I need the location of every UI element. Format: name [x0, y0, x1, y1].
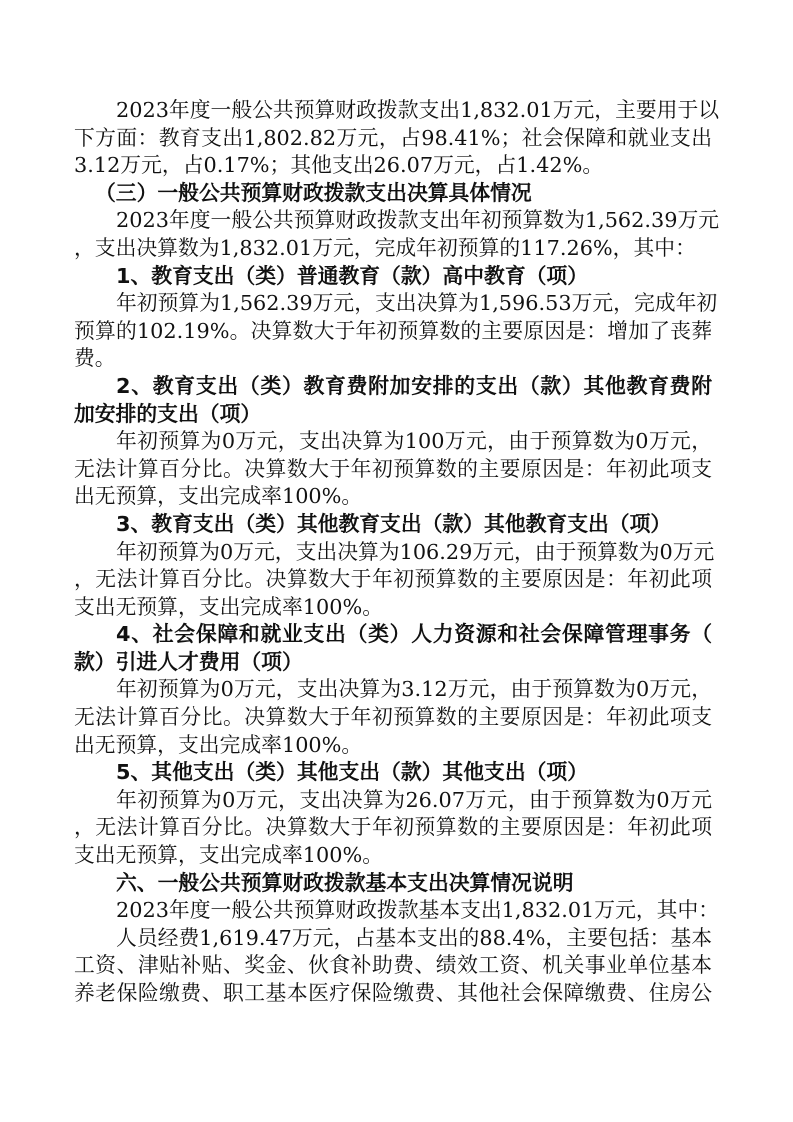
- item-heading-4: 4、社会保障和就业支出（类）人力资源和社会保障管理事务（ 款）引进人才费用（项）: [74, 621, 712, 676]
- text-line: 下方面：教育支出1,802.82万元，占98.41%；社会保障和就业支出: [74, 125, 712, 153]
- text-line: 养老保险缴费、职工基本医疗保险缴费、其他社会保障缴费、住房公: [74, 980, 712, 1008]
- text-line: 年初预算为0万元，支出决算为106.29万元，由于预算数为0万元: [74, 539, 712, 567]
- text-line: 3.12万元，占0.17%；其他支出26.07万元，占1.42%。: [74, 152, 712, 180]
- paragraph-basic-expenditure: 2023年度一般公共预算财政拨款基本支出1,832.01万元，其中：: [74, 897, 712, 925]
- text-line: 出无预算，支出完成率100%。: [74, 483, 712, 511]
- text-line: 工资、津贴补贴、奖金、伙食补助费、绩效工资、机关事业单位基本: [74, 952, 712, 980]
- paragraph-item-3: 年初预算为0万元，支出决算为106.29万元，由于预算数为0万元 ，无法计算百分…: [74, 539, 712, 622]
- item-heading-1: 1、教育支出（类）普通教育（款）高中教育（项）: [74, 263, 712, 291]
- paragraph-item-1: 年初预算为1,562.39万元，支出决算为1,596.53万元，完成年初 预算的…: [74, 290, 712, 373]
- text-line: ，支出决算数为1,832.01万元，完成年初预算的117.26%，其中：: [74, 235, 712, 263]
- text-line: 支出无预算，支出完成率100%。: [74, 594, 712, 622]
- text-line: 2023年度一般公共预算财政拨款支出1,832.01万元，主要用于以: [74, 97, 712, 125]
- text-line: 年初预算为0万元，支出决算为26.07万元，由于预算数为0万元: [74, 787, 712, 815]
- section-heading-3: （三）一般公共预算财政拨款支出决算具体情况: [74, 180, 712, 208]
- heading-line: 3、教育支出（类）其他教育支出（款）其他教育支出（项）: [74, 511, 712, 539]
- heading-line: 2、教育支出（类）教育费附加安排的支出（款）其他教育费附: [74, 373, 712, 401]
- text-line: 2023年度一般公共预算财政拨款支出年初预算数为1,562.39万元: [74, 207, 712, 235]
- heading-line: 加安排的支出（项）: [74, 401, 712, 429]
- text-line: 支出无预算，支出完成率100%。: [74, 842, 712, 870]
- heading-line: 六、一般公共预算财政拨款基本支出决算情况说明: [74, 870, 712, 898]
- text-line: 预算的102.19%。决算数大于年初预算数的主要原因是：增加了丧葬: [74, 318, 712, 346]
- paragraph-item-4: 年初预算为0万元，支出决算为3.12万元，由于预算数为0万元， 无法计算百分比。…: [74, 676, 712, 759]
- paragraph-budget-overview: 2023年度一般公共预算财政拨款支出年初预算数为1,562.39万元 ，支出决算…: [74, 207, 712, 262]
- paragraph-expenditure-summary: 2023年度一般公共预算财政拨款支出1,832.01万元，主要用于以 下方面：教…: [74, 97, 712, 180]
- item-heading-5: 5、其他支出（类）其他支出（款）其他支出（项）: [74, 759, 712, 787]
- heading-line: （三）一般公共预算财政拨款支出决算具体情况: [74, 180, 712, 208]
- text-line: 年初预算为0万元，支出决算为100万元，由于预算数为0万元，: [74, 428, 712, 456]
- heading-line: 5、其他支出（类）其他支出（款）其他支出（项）: [74, 759, 712, 787]
- text-line: ，无法计算百分比。决算数大于年初预算数的主要原因是：年初此项: [74, 566, 712, 594]
- text-line: 2023年度一般公共预算财政拨款基本支出1,832.01万元，其中：: [74, 897, 712, 925]
- document-page: 2023年度一般公共预算财政拨款支出1,832.01万元，主要用于以 下方面：教…: [74, 97, 712, 1008]
- paragraph-item-2: 年初预算为0万元，支出决算为100万元，由于预算数为0万元， 无法计算百分比。决…: [74, 428, 712, 511]
- item-heading-3: 3、教育支出（类）其他教育支出（款）其他教育支出（项）: [74, 511, 712, 539]
- text-line: 无法计算百分比。决算数大于年初预算数的主要原因是：年初此项支: [74, 704, 712, 732]
- section-heading-6: 六、一般公共预算财政拨款基本支出决算情况说明: [74, 870, 712, 898]
- text-line: 无法计算百分比。决算数大于年初预算数的主要原因是：年初此项支: [74, 456, 712, 484]
- paragraph-item-5: 年初预算为0万元，支出决算为26.07万元，由于预算数为0万元 ，无法计算百分比…: [74, 787, 712, 870]
- item-heading-2: 2、教育支出（类）教育费附加安排的支出（款）其他教育费附 加安排的支出（项）: [74, 373, 712, 428]
- text-line: 费。: [74, 345, 712, 373]
- text-line: 年初预算为1,562.39万元，支出决算为1,596.53万元，完成年初: [74, 290, 712, 318]
- text-line: 年初预算为0万元，支出决算为3.12万元，由于预算数为0万元，: [74, 676, 712, 704]
- heading-line: 4、社会保障和就业支出（类）人力资源和社会保障管理事务（: [74, 621, 712, 649]
- text-line: ，无法计算百分比。决算数大于年初预算数的主要原因是：年初此项: [74, 814, 712, 842]
- heading-line: 款）引进人才费用（项）: [74, 649, 712, 677]
- text-line: 人员经费1,619.47万元，占基本支出的88.4%，主要包括：基本: [74, 925, 712, 953]
- heading-line: 1、教育支出（类）普通教育（款）高中教育（项）: [74, 263, 712, 291]
- paragraph-personnel-expenses: 人员经费1,619.47万元，占基本支出的88.4%，主要包括：基本 工资、津贴…: [74, 925, 712, 1008]
- text-line: 出无预算，支出完成率100%。: [74, 732, 712, 760]
